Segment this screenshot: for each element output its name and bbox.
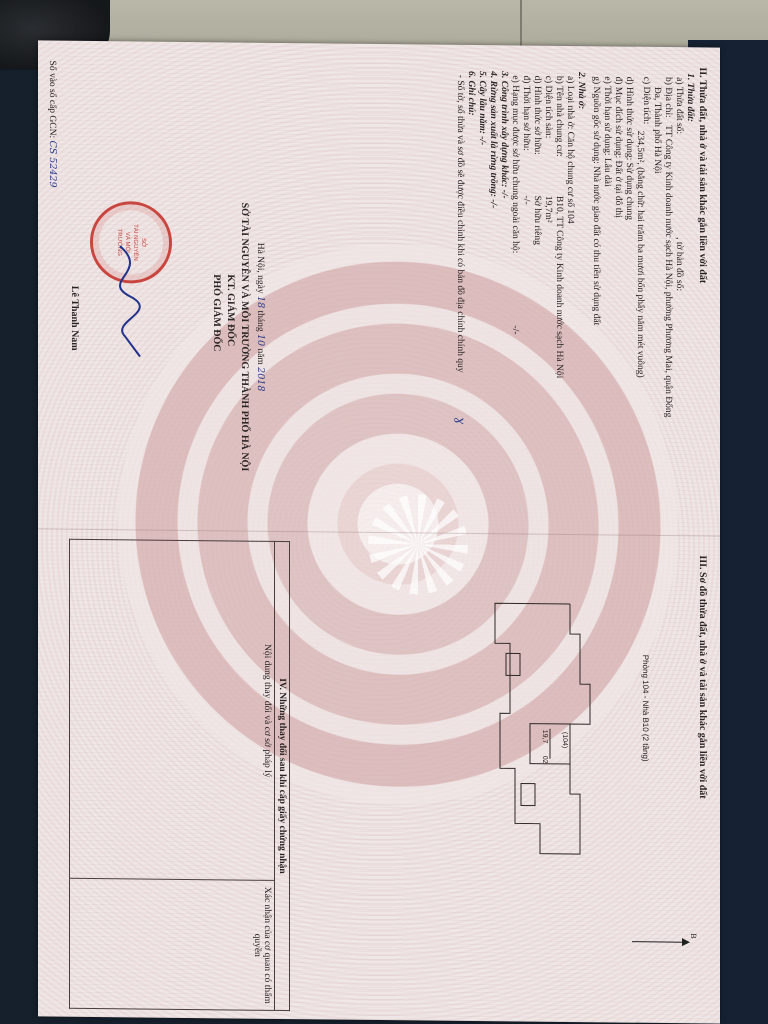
- north-label: B: [689, 933, 698, 938]
- area-value: 234,5m², (bằng chữ: hai trăm ba mươi bốn…: [635, 131, 645, 378]
- signature-scribble: [90, 241, 160, 362]
- handwritten-initial: ɣ: [454, 417, 468, 424]
- house-type: a) Loại nhà ở: Căn hộ chung cư số 104: [565, 76, 575, 224]
- building-value: B10, TT Công ty Kinh doanh nước sạch Hà …: [554, 196, 564, 378]
- other-works: 3. Công trình xây dựng khác: -/-: [499, 71, 509, 198]
- term-value: -/-: [521, 195, 531, 204]
- unit-code: 02: [541, 756, 548, 764]
- signer-position: PHÓ GIÁM ĐỐC: [211, 274, 222, 351]
- signer-name: Lê Thanh Nam: [69, 286, 80, 351]
- land-origin: g) Nguồn gốc sử dụng: Nhà nước giao đất …: [591, 76, 601, 325]
- registry-line: Số vào sổ cấp GCN: CS 52429: [47, 61, 58, 188]
- perennial-trees: 5. Cây lâu năm: -/-: [477, 71, 487, 145]
- address-cont: Đa, Thành phố Hà Nội: [652, 87, 662, 174]
- use-purpose: đ) Mục đích sử dụng: Đất ở tại đô thị: [613, 76, 623, 217]
- page-section-2: II. Thửa đất, nhà ở và tài sản khác gắn …: [38, 40, 720, 535]
- ownership-label: d) Hình thức sở hữu:: [532, 76, 542, 155]
- date-month: 10: [255, 334, 266, 346]
- shared-items: e) Hạng mục được sở hữu chung ngoài căn …: [510, 75, 520, 253]
- notes-heading: 6. Ghi chú:: [466, 71, 476, 116]
- use-form: d) Hình thức sử dụng: Sử dụng chung: [624, 77, 634, 221]
- unit-label: (104): [561, 732, 568, 748]
- date-day: 18: [255, 296, 266, 308]
- shared-items-value: -/-: [510, 325, 520, 334]
- page-section-3-4: III. Sơ đồ thửa đất, nhà ở và tài sản kh…: [38, 528, 720, 1023]
- building-label: b) Tên nhà chung cư:: [554, 76, 564, 157]
- place-date-label: Hà Nội, ngày: [255, 243, 265, 294]
- changes-col-content: Nội dung thay đổi và cơ sở pháp lý: [70, 539, 275, 880]
- term-label: đ) Thời hạn sở hữu:: [521, 75, 531, 150]
- map-sheet: , tờ bản đồ số:: [674, 237, 684, 291]
- address-value: TT Công ty Kinh doanh nước sạch Hà Nội, …: [663, 125, 673, 417]
- unit-area: 19,7: [541, 730, 548, 744]
- date-line: Hà Nội, ngày 18 tháng 10 năm 2018: [255, 243, 266, 392]
- area-label: c) Diện tích:: [641, 77, 651, 125]
- date-year: 2018: [255, 367, 266, 391]
- on-behalf-of: KT. GIÁM ĐỐC: [225, 274, 236, 346]
- plan-caption: Phòng 104 - Nhà B10 (2 tầng): [641, 655, 650, 762]
- registry-number: CS 52429: [47, 140, 58, 187]
- production-forest: 4. Rừng sản xuất là rừng trồng: -/-: [488, 71, 498, 208]
- use-term: e) Thời hạn sử dụng: Lâu dài: [602, 76, 612, 186]
- floor-area-value: 19,7m²: [543, 196, 553, 223]
- north-arrow-icon: [628, 935, 690, 950]
- house-heading: 2. Nhà ở:: [576, 72, 586, 109]
- issuing-authority: SỞ TÀI NGUYÊN VÀ MÔI TRƯỜNG THÀNH PHỐ HÀ…: [239, 203, 250, 472]
- address-label: b) Địa chỉ:: [663, 77, 673, 118]
- year-label: năm: [255, 348, 265, 364]
- note-text: - Số tờ, số thửa và sơ đồ sẽ được điều c…: [455, 75, 465, 373]
- parcel-number: a) Thửa đất số:: [674, 77, 684, 134]
- ownership-value: Sở hữu riêng: [532, 196, 542, 245]
- floor-plan-diagram: [460, 593, 610, 895]
- registry-label: Số vào sổ cấp GCN:: [47, 61, 57, 139]
- month-label: tháng: [255, 310, 265, 331]
- section-4-title: IV. Những thay đổi sau khi cấp giấy chứn…: [275, 541, 290, 1010]
- certificate-paper: II. Thửa đất, nhà ở và tài sản khác gắn …: [38, 40, 720, 1023]
- section-3-title: III. Sơ đồ thửa đất, nhà ở và tài sản kh…: [697, 555, 708, 798]
- section-2-title: II. Thửa đất, nhà ở và tài sản khác gắn …: [697, 67, 708, 283]
- floor-area-label: c) Diện tích sàn:: [543, 76, 553, 139]
- changes-table: IV. Những thay đổi sau khi cấp giấy chứn…: [69, 539, 290, 1011]
- land-heading: 1. Thửa đất:: [685, 73, 695, 122]
- changes-col-confirmation: Xác nhận của cơ quan có thẩm quyền: [70, 878, 275, 1010]
